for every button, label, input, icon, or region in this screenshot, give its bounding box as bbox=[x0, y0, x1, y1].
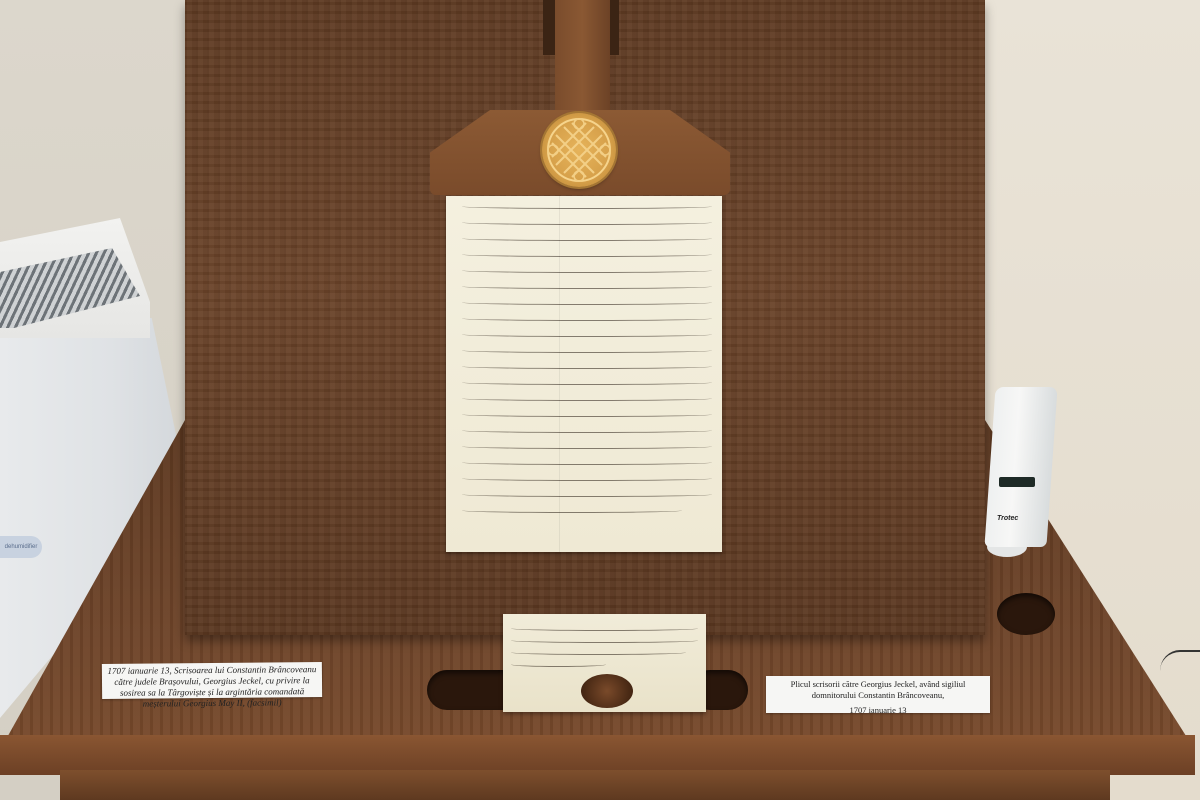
handwriting-line bbox=[462, 476, 712, 481]
hygrometer-screen bbox=[999, 477, 1035, 487]
label-envelope-text: Plicul scrisorii către Georgius Jeckel, … bbox=[791, 679, 966, 700]
handwriting-line bbox=[511, 638, 698, 643]
museum-label-envelope: Plicul scrisorii către Georgius Jeckel, … bbox=[766, 676, 990, 713]
handwriting-line bbox=[462, 268, 712, 273]
handwriting-line bbox=[462, 412, 712, 417]
handwriting-line bbox=[462, 236, 712, 241]
sealed-envelope bbox=[503, 614, 706, 712]
handwriting-line bbox=[462, 428, 712, 433]
hygrometer-body bbox=[984, 387, 1057, 547]
handwriting-line bbox=[462, 492, 712, 497]
hygrometer: Trotec bbox=[985, 387, 1057, 559]
handwriting-line bbox=[462, 444, 712, 449]
handwriting-line bbox=[462, 508, 682, 513]
handwriting-line bbox=[462, 204, 712, 209]
dehumidifier-badge: dehumidifier bbox=[0, 536, 42, 558]
handwriting-line bbox=[462, 348, 712, 353]
handwriting-line bbox=[511, 662, 606, 667]
handwriting-line bbox=[511, 650, 686, 655]
handwriting-line bbox=[462, 460, 712, 465]
letter-fold bbox=[559, 196, 560, 552]
handwriting-line bbox=[462, 364, 712, 369]
handwriting-line bbox=[462, 220, 712, 225]
hinge-left bbox=[543, 0, 555, 55]
power-cable bbox=[1160, 650, 1200, 692]
desk-edge bbox=[0, 735, 1195, 775]
wax-seal-icon bbox=[581, 674, 633, 708]
handwriting-line bbox=[462, 252, 712, 257]
hygrometer-brand: Trotec bbox=[997, 515, 1018, 522]
manuscript-letter bbox=[446, 196, 722, 552]
handwriting-line bbox=[462, 284, 712, 289]
label-envelope-date: 1707 ianuarie 13 bbox=[770, 705, 986, 716]
desk-hole bbox=[997, 593, 1055, 635]
desk-front bbox=[60, 770, 1110, 800]
handwriting-line bbox=[462, 316, 712, 321]
handwriting-line bbox=[462, 396, 712, 401]
handwriting-line bbox=[462, 380, 712, 385]
gold-medallion-icon bbox=[542, 113, 616, 187]
handwriting-line bbox=[462, 332, 712, 337]
museum-label-letter: 1707 ianuarie 13, Scrisoarea lui Constan… bbox=[102, 662, 322, 699]
handwriting-line bbox=[511, 626, 698, 631]
handwriting-line bbox=[462, 300, 712, 305]
